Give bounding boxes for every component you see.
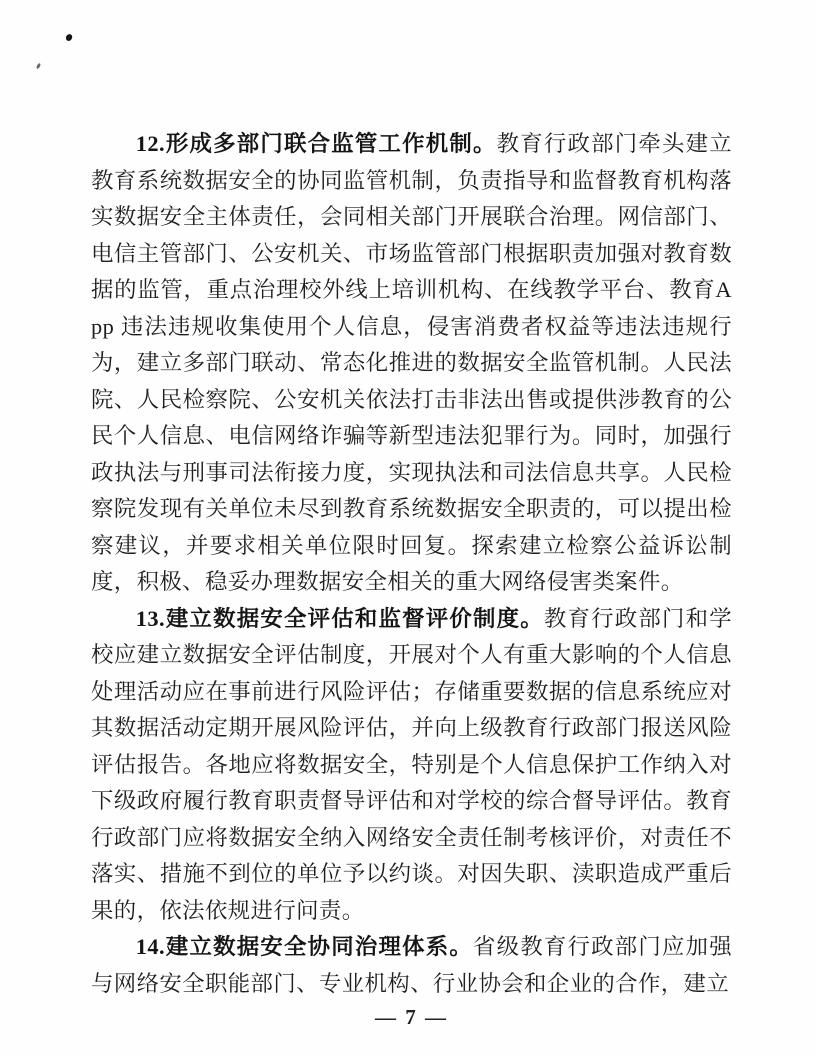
page-body: 12.形成多部门联合监管工作机制。教育行政部门牵头建立教育系统数据安全的协同监管… [91, 126, 732, 1030]
paragraph-item-12: 12.形成多部门联合监管工作机制。教育行政部门牵头建立教育系统数据安全的协同监管… [91, 126, 732, 601]
paragraph-item-13-heading: 13.建立数据安全评估和监督评价制度。 [136, 606, 544, 631]
scan-speck [65, 33, 73, 42]
paragraph-item-14: 14.建立数据安全协同治理体系。省级教育行政部门应加强与网络安全职能部门、专业机… [91, 929, 732, 1002]
paragraph-item-13-text: 教育行政部门和学校应建立数据安全评估制度，开展对个人有重大影响的个人信息处理活动… [91, 606, 732, 923]
paragraph-item-12-text: 教育行政部门牵头建立教育系统数据安全的协同监管机制，负责指导和监督教育机构落实数… [91, 131, 732, 594]
paragraph-item-14-heading: 14.建立数据安全协同治理体系。 [136, 934, 473, 959]
document-page: 12.形成多部门联合监管工作机制。教育行政部门牵头建立教育系统数据安全的协同监管… [0, 0, 816, 1056]
page-number: — 7 — [91, 1005, 732, 1030]
paragraph-item-13: 13.建立数据安全评估和监督评价制度。教育行政部门和学校应建立数据安全评估制度，… [91, 601, 732, 930]
scan-speck [36, 63, 41, 70]
paragraph-item-12-heading: 12.形成多部门联合监管工作机制。 [136, 131, 497, 156]
